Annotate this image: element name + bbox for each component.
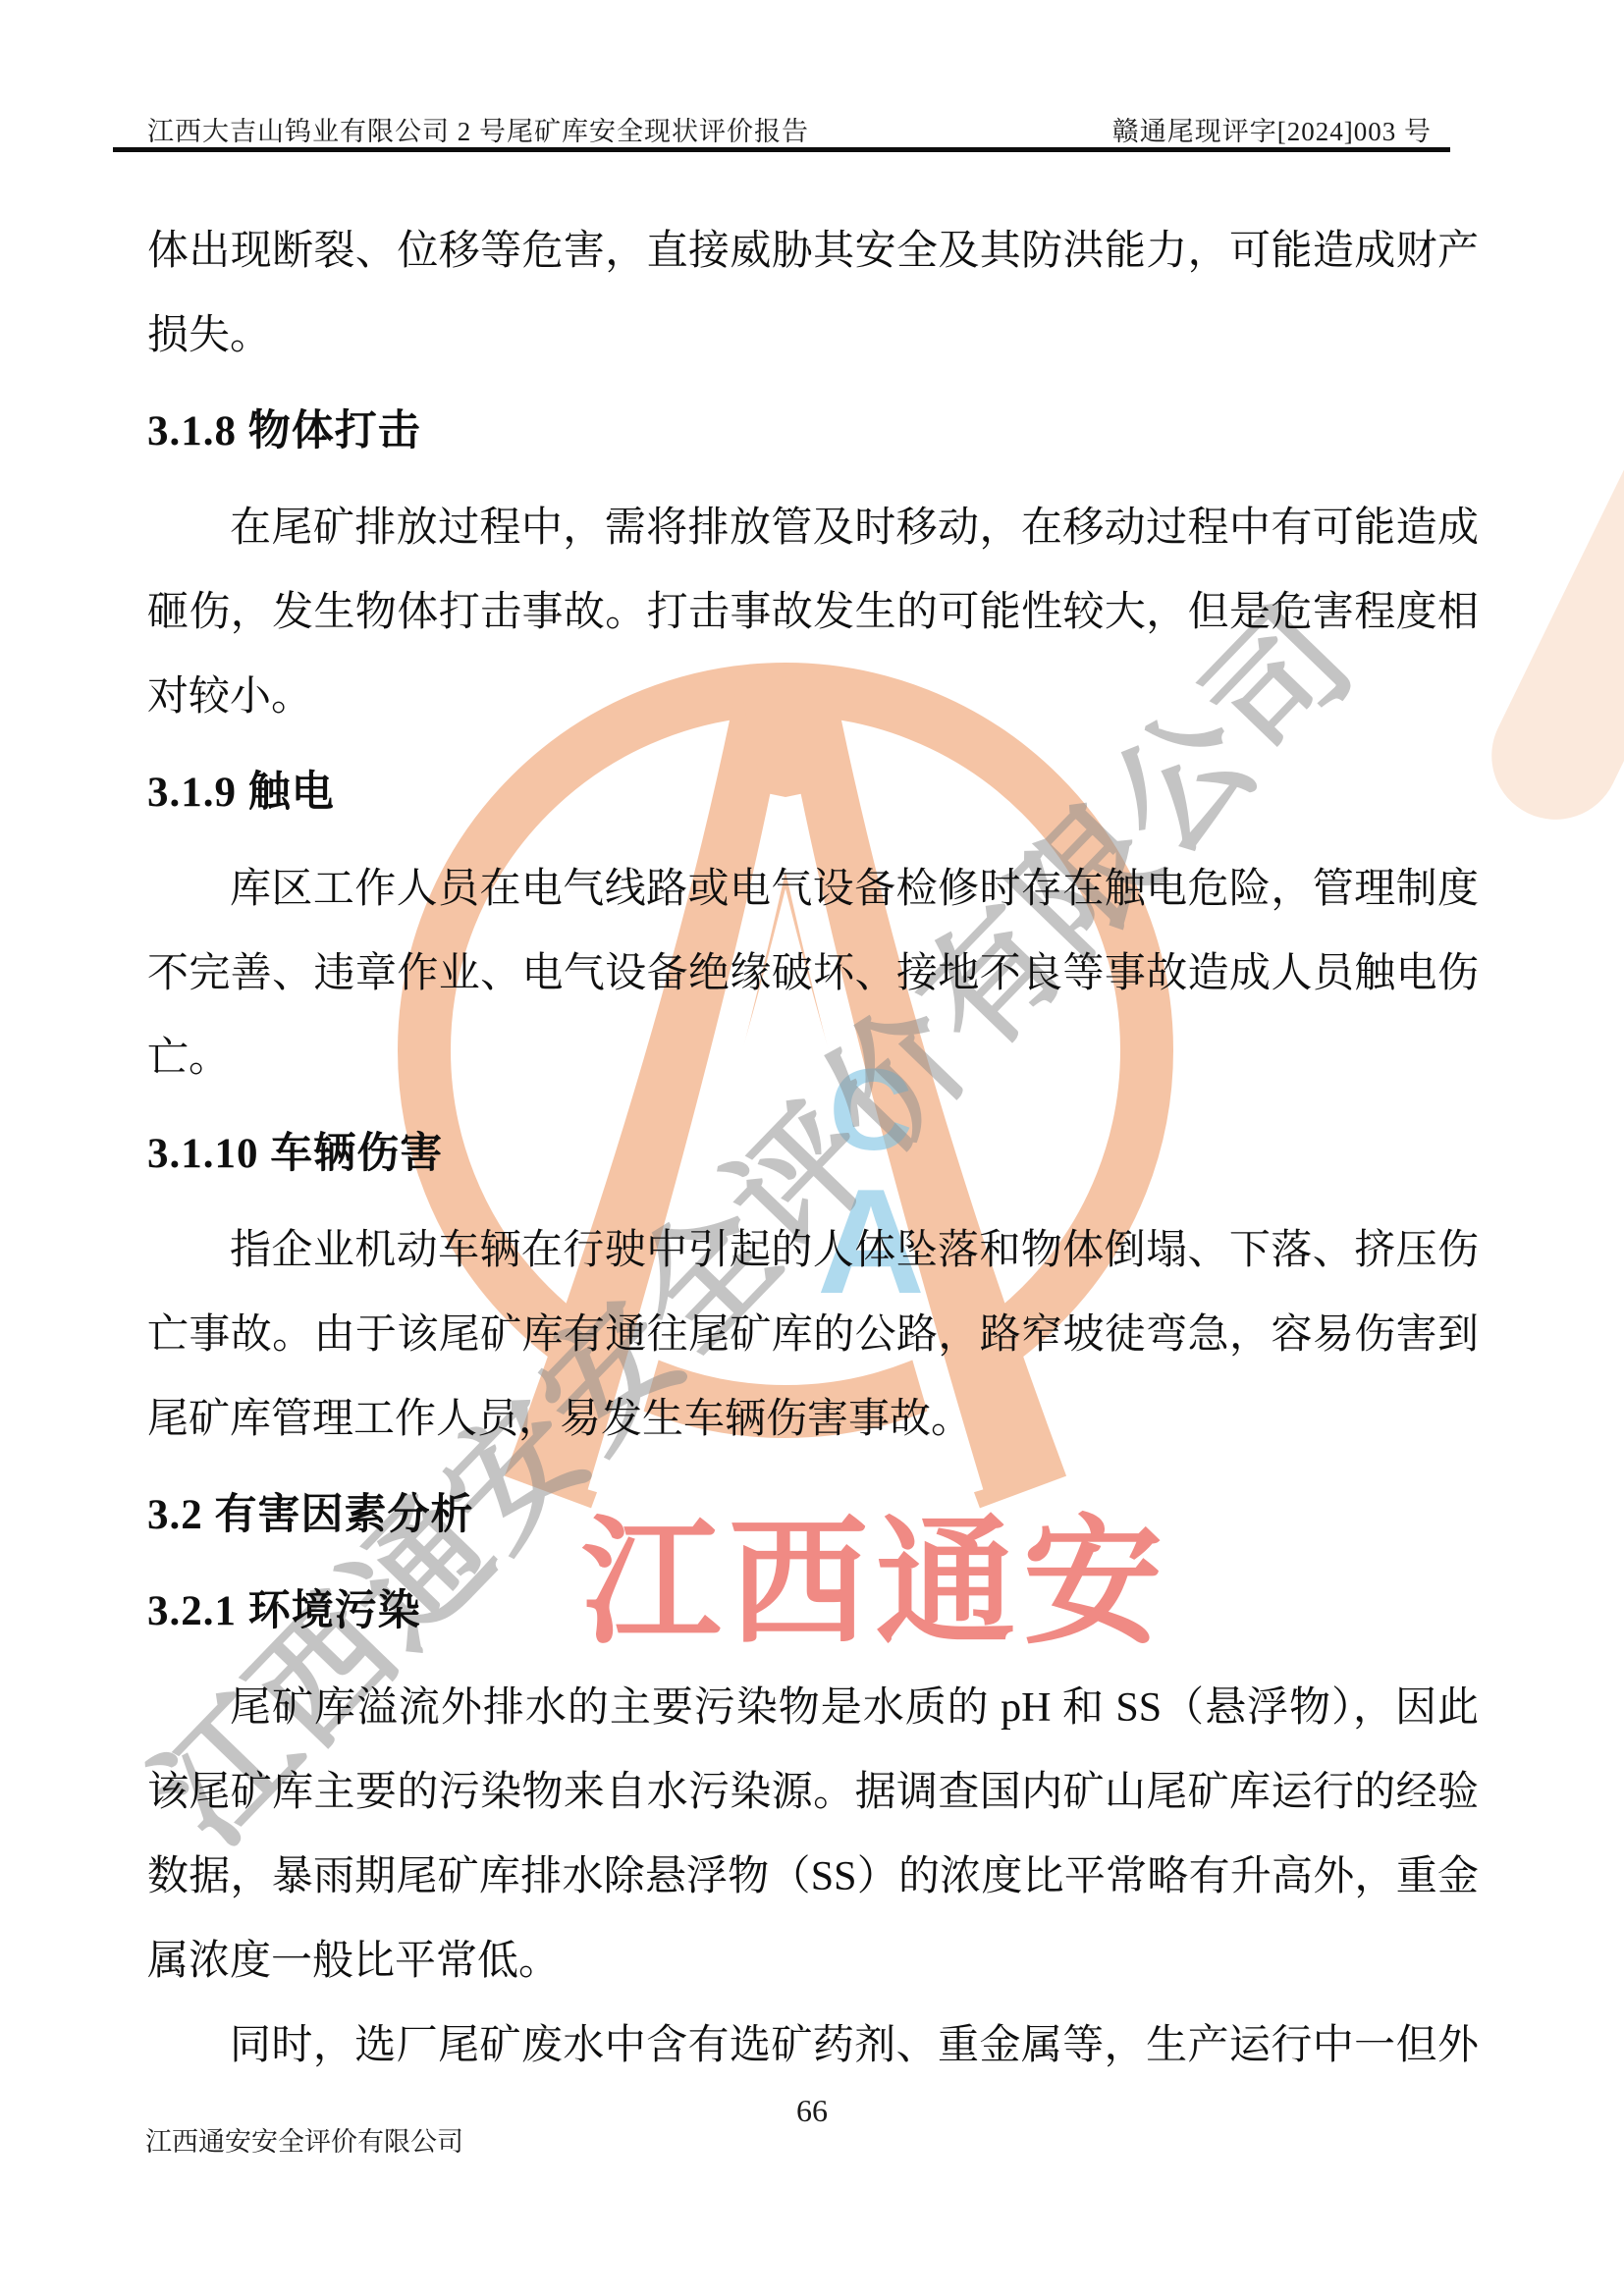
footer-company-name: 江西通安安全评价有限公司	[145, 2120, 463, 2159]
body-line: 在尾矿排放过程中，需将排放管及时移动，在移动过程中有可能造成	[147, 486, 1479, 570]
section-heading: 3.1.8 物体打击	[147, 390, 1479, 474]
section-heading: 3.1.9 触电	[147, 751, 1479, 835]
body-line: 对较小。	[147, 655, 1479, 739]
body-line: 尾矿库溢流外排水的主要污染物是水质的 pH 和 SS（悬浮物），因此	[147, 1666, 1479, 1750]
body-line: 不完善、违章作业、电气设备绝缘破坏、接地不良等事故造成人员触电伤	[147, 932, 1479, 1016]
body-line: 该尾矿库主要的污染物来自水污染源。据调查国内矿山尾矿库运行的经验	[147, 1750, 1479, 1835]
body-line: 损失。	[147, 294, 1479, 378]
body-line: 数据，暴雨期尾矿库排水除悬浮物（SS）的浓度比平常略有升高外，重金	[147, 1835, 1479, 1919]
body-line: 指企业机动车辆在行驶中引起的人体坠落和物体倒塌、下落、挤压伤	[147, 1208, 1479, 1293]
section-heading: 3.2.1 环境污染	[147, 1570, 1479, 1654]
body-line: 同时，选厂尾矿废水中含有选矿药剂、重金属等，生产运行中一但外	[147, 2003, 1479, 2088]
body-line: 尾矿库管理工作人员，易发生车辆伤害事故。	[147, 1377, 1479, 1462]
body-line: 亡。	[147, 1016, 1479, 1100]
header-divider	[113, 147, 1450, 152]
body-line: 库区工作人员在电气线路或电气设备检修时存在触电危险，管理制度	[147, 847, 1479, 932]
body-line: 砸伤，发生物体打击事故。打击事故发生的可能性较大，但是危害程度相	[147, 570, 1479, 655]
watermark-edge-band	[1470, 405, 1624, 840]
body-line: 属浓度一般比平常低。	[147, 1919, 1479, 2003]
document-page: C A 江西通安安全评价有限公司 江西通安 江西大吉山钨业有限公司 2 号尾矿库…	[0, 0, 1624, 2296]
section-heading: 3.1.10 车辆伤害	[147, 1112, 1479, 1197]
header-document-number: 赣通尾现评字[2024]003 号	[1112, 110, 1432, 148]
section-heading: 3.2 有害因素分析	[147, 1473, 1479, 1558]
body-content: 体出现断裂、位移等危害，直接威胁其安全及其防洪能力，可能造成财产损失。3.1.8…	[147, 209, 1479, 2088]
header-report-title: 江西大吉山钨业有限公司 2 号尾矿库安全现状评价报告	[147, 110, 809, 148]
body-line: 亡事故。由于该尾矿库有通往尾矿库的公路，路窄坡徒弯急，容易伤害到	[147, 1293, 1479, 1377]
body-line: 体出现断裂、位移等危害，直接威胁其安全及其防洪能力，可能造成财产	[147, 209, 1479, 294]
